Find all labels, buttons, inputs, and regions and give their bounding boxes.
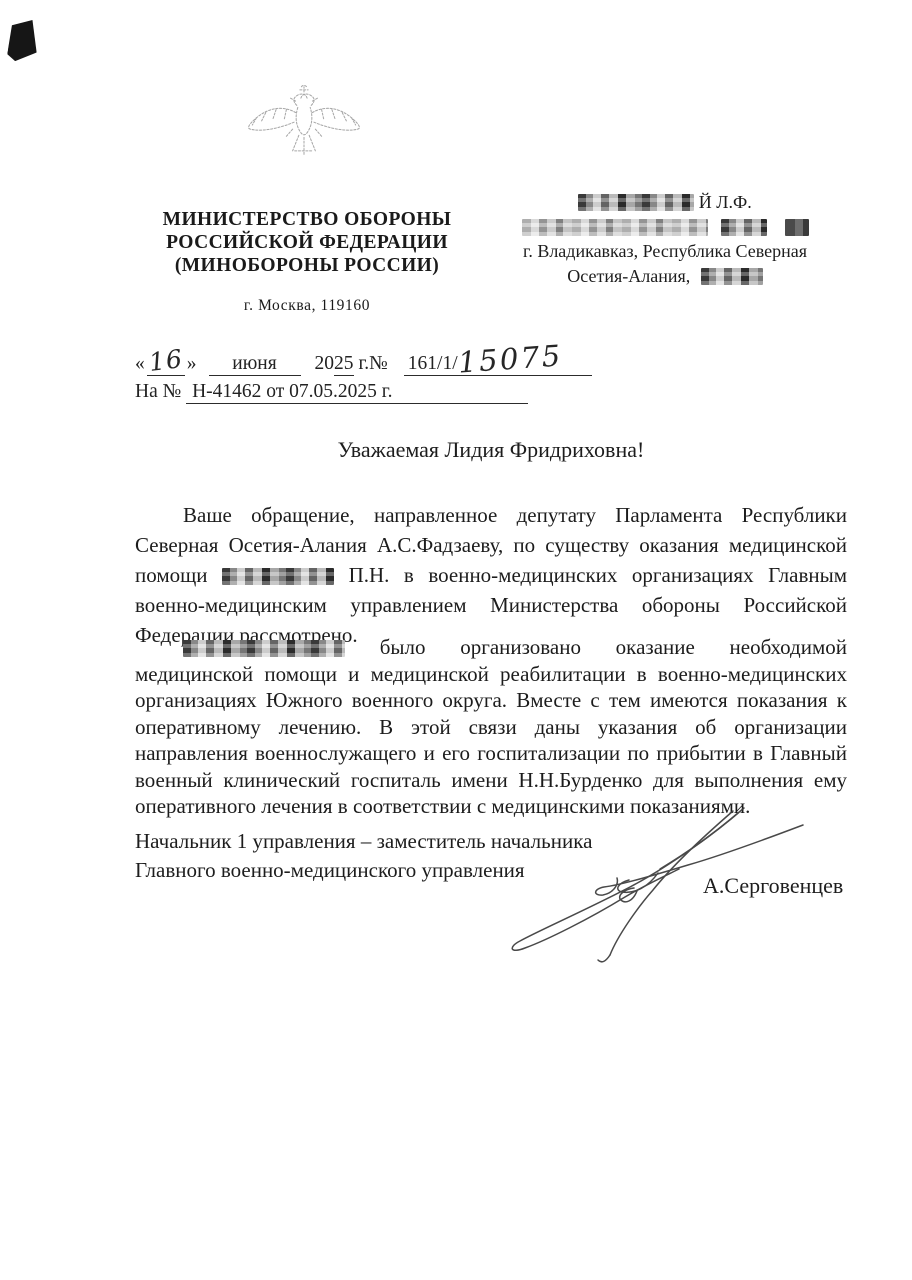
recipient-address-block: Й Л.Ф. г. Владикавказ, Республика Северн… (500, 190, 830, 288)
sender-letterhead: МИНИСТЕРСТВО ОБОРОНЫ РОССИЙСКОЙ ФЕДЕРАЦИ… (148, 208, 466, 317)
ministry-name-line1: МИНИСТЕРСТВО ОБОРОНЫ (148, 208, 466, 231)
quote-open: « (135, 353, 145, 375)
date-number-line: « 16 » июня 2025 г.№ 161/1/15075 (135, 346, 592, 376)
redaction-street (522, 219, 708, 236)
year-blank: 25 (334, 353, 354, 376)
sender-city-postal: г. Москва, 119160 (148, 294, 466, 317)
body-paragraph-1: Ваше обращение, направленное депутату Па… (135, 500, 847, 650)
salutation: Уважаемая Лидия Фридриховна! (135, 437, 847, 463)
ministry-name-line2: РОССИЙСКОЙ ФЕДЕРАЦИИ (148, 231, 466, 254)
redaction-street-3 (785, 219, 809, 236)
incoming-reference-value: Н-41462 от 07.05.2025 г. (186, 381, 528, 404)
year-prefix: 20 (315, 353, 335, 375)
handwritten-day: 16 (147, 344, 184, 377)
signer-name: А.Серговенцев (703, 873, 843, 899)
recipient-region-text: Осетия-Алания, (567, 266, 690, 286)
incoming-reference-line: На № Н-41462 от 07.05.2025 г. (135, 381, 592, 404)
redaction-postal (701, 268, 763, 285)
recipient-name-fragment: Й Л.Ф. (699, 192, 752, 212)
redaction-recipient-name (578, 194, 694, 211)
scanned-letter-page: МИНИСТЕРСТВО ОБОРОНЫ РОССИЙСКОЙ ФЕДЕРАЦИ… (0, 0, 912, 1280)
redaction-patient-name-2 (183, 640, 345, 657)
reference-block: « 16 » июня 2025 г.№ 161/1/15075 На № Н-… (135, 346, 592, 404)
outgoing-number-typed: 161/1/ (408, 353, 458, 374)
outgoing-number-blank: 161/1/15075 (404, 349, 592, 376)
redaction-street-2 (721, 219, 767, 236)
scan-artifact-corner (6, 17, 40, 63)
incoming-prefix: На № (135, 381, 181, 402)
recipient-street-line (500, 215, 830, 240)
month-blank: июня (209, 353, 301, 376)
ministry-name-line3: (МИНОБОРОНЫ РОССИИ) (148, 254, 466, 277)
redaction-patient-name-1 (222, 568, 334, 585)
recipient-region-line: Осетия-Алания, (500, 264, 830, 289)
ministry-double-headed-eagle-icon (242, 82, 366, 168)
quote-close: » (187, 353, 197, 375)
year-label: г.№ (359, 353, 388, 375)
recipient-city-line: г. Владикавказ, Республика Северная (500, 239, 830, 264)
day-blank: 16 (147, 346, 185, 376)
paragraph2-text: было организовано оказание необходимой м… (135, 635, 847, 818)
recipient-name-line: Й Л.Ф. (500, 190, 830, 215)
body-paragraph-2: было организовано оказание необходимой м… (135, 634, 847, 820)
handwritten-number: 15075 (457, 345, 563, 372)
